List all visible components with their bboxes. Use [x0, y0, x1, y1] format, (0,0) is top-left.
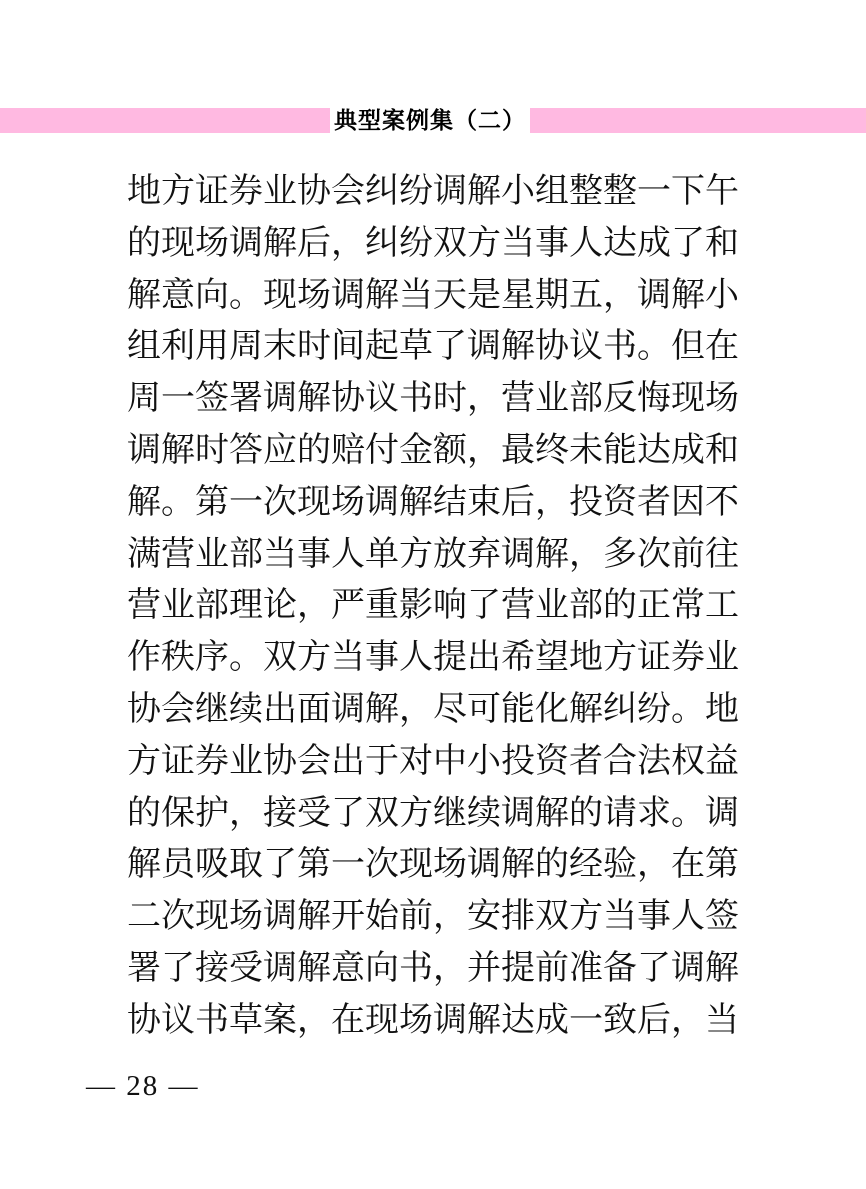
text-line: 协会继续出面调解，尽可能化解纠纷。地	[127, 684, 727, 736]
text-line: 方证券业协会出于对中小投资者合法权益	[127, 736, 727, 788]
text-line: 的现场调解后，纠纷双方当事人达成了和	[127, 218, 727, 270]
book-page: 典型案例集（二） 地方证券业协会纠纷调解小组整整一下午 的现场调解后，纠纷双方当…	[0, 0, 866, 1189]
text-line: 地方证券业协会纠纷调解小组整整一下午	[127, 166, 727, 218]
text-line: 解意向。现场调解当天是星期五，调解小	[127, 270, 727, 322]
text-line: 满营业部当事人单方放弃调解，多次前往	[127, 529, 727, 581]
text-line: 组利用周末时间起草了调解协议书。但在	[127, 321, 727, 373]
text-line: 协议书草案，在现场调解达成一致后，当	[127, 995, 727, 1047]
text-line: 营业部理论，严重影响了营业部的正常工	[127, 580, 727, 632]
body-text: 地方证券业协会纠纷调解小组整整一下午 的现场调解后，纠纷双方当事人达成了和 解意…	[127, 166, 727, 1047]
text-line: 作秩序。双方当事人提出希望地方证券业	[127, 632, 727, 684]
text-line: 调解时答应的赔付金额，最终未能达成和	[127, 425, 727, 477]
text-line: 署了接受调解意向书，并提前准备了调解	[127, 943, 727, 995]
header-bar-left	[0, 108, 330, 133]
header-bar-right	[530, 108, 866, 133]
text-line: 解员吸取了第一次现场调解的经验，在第	[127, 839, 727, 891]
text-line: 二次现场调解开始前，安排双方当事人签	[127, 891, 727, 943]
text-line: 周一签署调解协议书时，营业部反悔现场	[127, 373, 727, 425]
text-line: 的保护，接受了双方继续调解的请求。调	[127, 788, 727, 840]
page-number: — 28 —	[86, 1070, 200, 1103]
page-title: 典型案例集（二）	[330, 105, 530, 135]
text-line: 解。第一次现场调解结束后，投资者因不	[127, 477, 727, 529]
